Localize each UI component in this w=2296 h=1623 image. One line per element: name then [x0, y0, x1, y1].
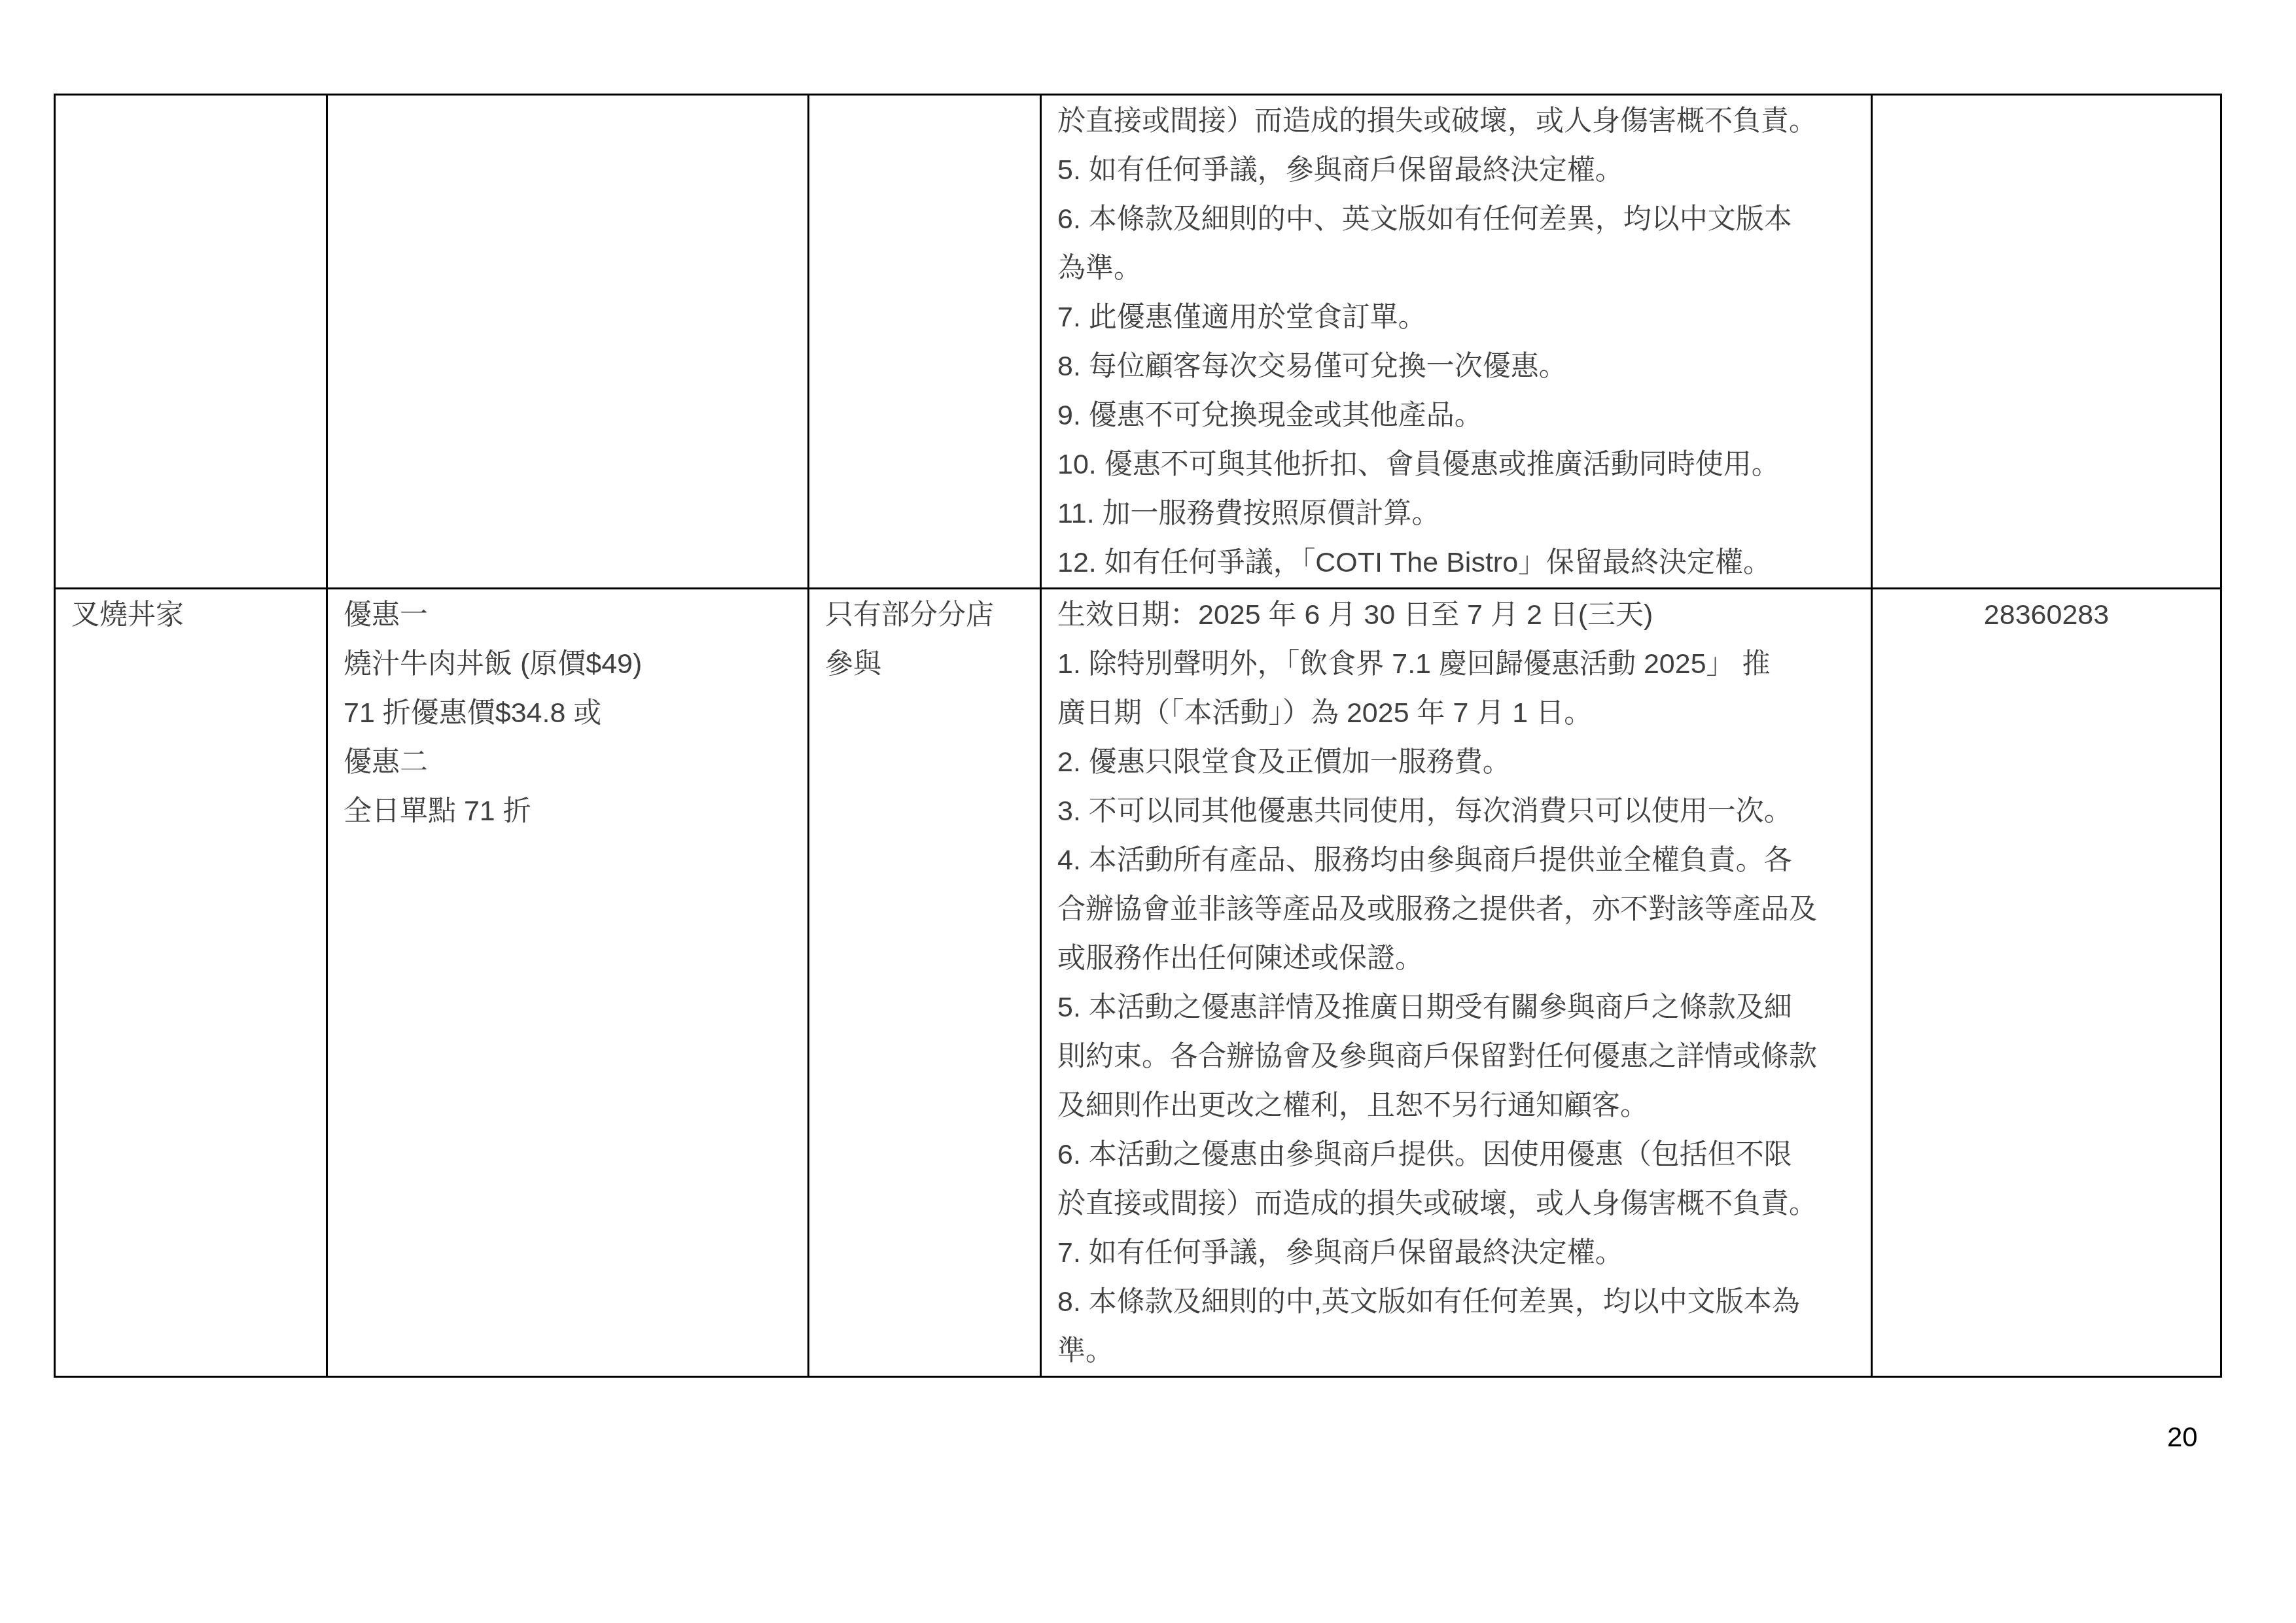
text-line: 5. 如有任何爭議，參與商戶保留最終決定權。 — [1057, 146, 1871, 195]
text-line: 燒汁牛肉丼飯 (原價$49) — [344, 640, 807, 689]
text-line: 及細則作出更改之權利，且恕不另行通知顧客。 — [1057, 1081, 1871, 1130]
text-line: 6. 本活動之優惠由參與商戶提供。因使用優惠（包括但不限 — [1057, 1130, 1871, 1179]
text-line: 參與 — [825, 640, 1040, 689]
text-line: 9. 優惠不可兌換現金或其他產品。 — [1057, 391, 1871, 440]
text-line: 10. 優惠不可與其他折扣、會員優惠或推廣活動同時使用。 — [1057, 440, 1871, 489]
page-number: 20 — [2167, 1421, 2198, 1454]
text-line: 8. 本條款及細則的中,英文版如有任何差異，均以中文版本為 — [1057, 1278, 1871, 1327]
text-line: 全日單點 71 折 — [344, 787, 807, 836]
text-line: 廣日期（「本活動」）為 2025 年 7 月 1 日。 — [1057, 689, 1871, 738]
merchant-name: 叉燒丼家 — [71, 599, 184, 631]
table-row: 於直接或間接）而造成的損失或破壞，或人身傷害概不負責。5. 如有任何爭議，參與商… — [55, 95, 2221, 589]
text-line: 合辦協會並非該等產品及或服務之提供者，亦不對該等產品及 — [1057, 885, 1871, 934]
text-line: 11. 加一服務費按照原價計算。 — [1057, 489, 1871, 538]
text-line: 則約束。各合辦協會及參與商戶保留對任何優惠之詳情或條款 — [1057, 1032, 1871, 1081]
offer-cell: 優惠一燒汁牛肉丼飯 (原價$49)71 折優惠價$34.8 或優惠二全日單點 7… — [327, 589, 809, 1377]
phone-cell: 28360283 — [1872, 589, 2221, 1377]
text-line: 8. 每位顧客每次交易僅可兌換一次優惠。 — [1057, 342, 1871, 391]
text-line: 或服務作出任何陳述或保證。 — [1057, 934, 1871, 983]
phone-number: 28360283 — [1984, 599, 2109, 631]
text-line: 2. 優惠只限堂食及正價加一服務費。 — [1057, 738, 1871, 787]
phone-cell — [1872, 95, 2221, 589]
text-line: 為準。 — [1057, 244, 1871, 293]
table-row: 叉燒丼家 優惠一燒汁牛肉丼飯 (原價$49)71 折優惠價$34.8 或優惠二全… — [55, 589, 2221, 1377]
text-line: 於直接或間接）而造成的損失或破壞，或人身傷害概不負責。 — [1057, 97, 1871, 146]
text-line: 5. 本活動之優惠詳情及推廣日期受有關參與商戶之條款及細 — [1057, 983, 1871, 1032]
offer-cell — [327, 95, 809, 589]
branches-cell: 只有部分分店參與 — [809, 589, 1041, 1377]
text-line: 於直接或間接）而造成的損失或破壞，或人身傷害概不負責。 — [1057, 1179, 1871, 1229]
terms-cell: 生效日期：2025 年 6 月 30 日至 7 月 2 日(三天)1. 除特別聲… — [1041, 589, 1872, 1377]
text-line: 3. 不可以同其他優惠共同使用，每次消費只可以使用一次。 — [1057, 787, 1871, 836]
text-line: 準。 — [1057, 1327, 1871, 1376]
text-line: 7. 如有任何爭議，參與商戶保留最終決定權。 — [1057, 1229, 1871, 1278]
merchant-cell: 叉燒丼家 — [55, 589, 327, 1377]
merchant-cell — [55, 95, 327, 589]
text-line: 1. 除特別聲明外，「飲食界 7.1 慶回歸優惠活動 2025」 推 — [1057, 640, 1871, 689]
terms-cell: 於直接或間接）而造成的損失或破壞，或人身傷害概不負責。5. 如有任何爭議，參與商… — [1041, 95, 1872, 589]
offers-table: 於直接或間接）而造成的損失或破壞，或人身傷害概不負責。5. 如有任何爭議，參與商… — [54, 94, 2222, 1378]
text-line: 71 折優惠價$34.8 或 — [344, 689, 807, 738]
text-line: 12. 如有任何爭議，「COTI The Bistro」保留最終決定權。 — [1057, 538, 1871, 587]
text-line: 優惠二 — [344, 738, 807, 787]
branches-cell — [809, 95, 1041, 589]
text-line: 7. 此優惠僅適用於堂食訂單。 — [1057, 293, 1871, 342]
text-line: 4. 本活動所有產品、服務均由參與商戶提供並全權負責。各 — [1057, 836, 1871, 885]
text-line: 6. 本條款及細則的中、英文版如有任何差異，均以中文版本 — [1057, 195, 1871, 244]
text-line: 生效日期：2025 年 6 月 30 日至 7 月 2 日(三天) — [1057, 591, 1871, 640]
text-line: 只有部分分店 — [825, 591, 1040, 640]
text-line: 優惠一 — [344, 591, 807, 640]
